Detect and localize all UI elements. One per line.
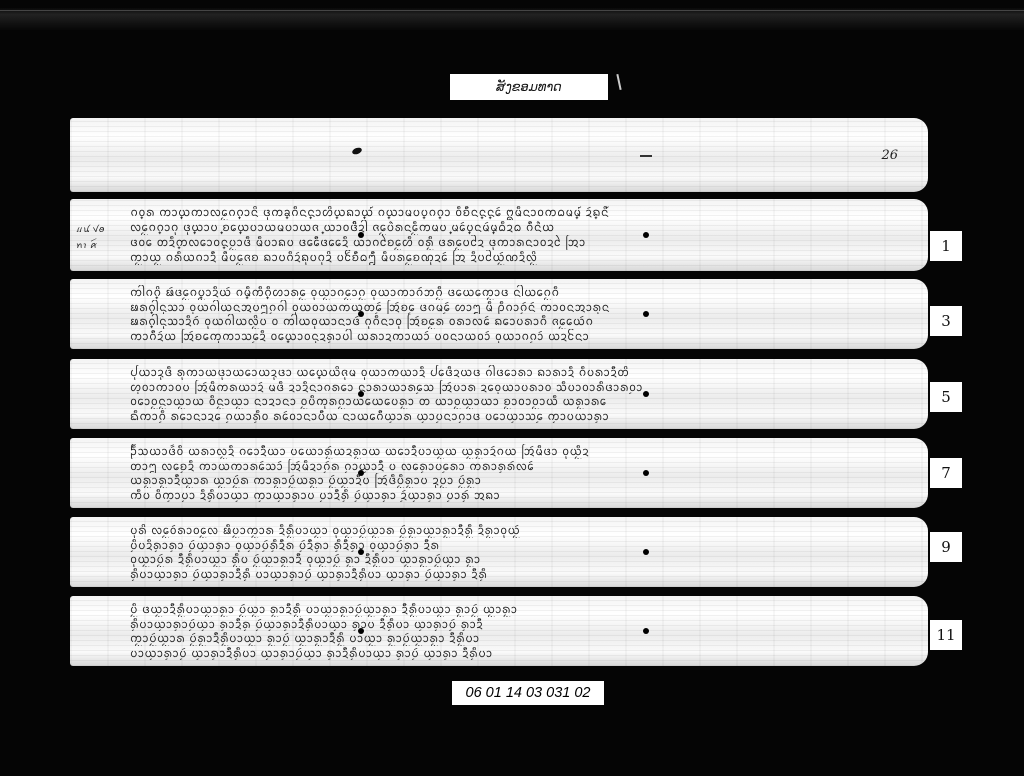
script-line: ᨳᩥᨠᩣᨣᩬᩥ ᩁᩮᩣᨶᩣᨯᩮ ᨣᩬᨿᩣᩁᩬᩥᩅ ᩁᩮᩢᩅᩣᨶᩣᨷᩥᩢᨿ ᨶᩣᨿ… xyxy=(130,409,918,424)
text-block: ᨷᩬᩥ ᨴᨿᩬᩣᨯᩥᩢᩁᩬᩥᨷᩣᨿᩬᩣᩁᩬᩣ ᨷᩬᩢᨿᩬᩣ ᩁᩬᩣᨯᩥᩢᩁᩬᩥ … xyxy=(130,602,918,660)
script-line: ᩅᩩᨿᩬᩣᨷᩬᩢᩁ ᨯᩥᩢᩁᩬᩥᨷᩣᨿᩬᩣ ᩁᩬᩥᨷ ᨷᩬᩢᨿᩬᩣᩁᩬᩣᨯᩥᩢ … xyxy=(130,552,918,567)
page-number-tag: 3 xyxy=(930,306,962,336)
script-line: ᩃᩮᩬᨣ᩠ᨣᩣᨣᩩ ᨴᩩ᩠ᨿᩣᨷ᩠ ᨧᩮ᩠ᨿᨷᩣᨿᨾᨷᩣᨿᨩ᩠ ᨿᩣᩅᨴᩦᩥᨯᩤ… xyxy=(130,220,918,235)
ink-speck xyxy=(351,146,362,155)
script-line: ᨲᩣᩂ ᩃᩮᨧᩬᨯᩥ ᨠᩣᨿᨠᩣᩁᩮᩢᩈᩣᩢ ᩒᩢᨾᩥᨯᩣᨣᩬᩢᩁ ᨣᩬᩣᨿᩬᩣ… xyxy=(130,459,918,474)
text-block: ᩐᩥᩈᨿᩣᨴᩢᩢᩅᩥ ᨿᩁᩣᩃᩬᨯᩥ ᨣᩮᩣᨯᩥᩢᨿᩣ ᨷᩮᨿᩣᩁᩬᩢᨿᨯᩁᩬᩣ… xyxy=(130,444,918,502)
script-line: ᨠᩤᨣ᩠ᨣᩦ ᨹᩢᨴᩮᩬᨣ᩠ᨷᩬᩣᨯᩥᨿᩢ ᨣ᩠ᨾᩥᨠᩥ᩠ᨣᩥᩉᩣᩁᩮᩬ ᩅᩩᨿ… xyxy=(130,285,918,300)
palm-leaf: ᨷᩩᩁᩦ ᩃᩮᩬᩅᩢᩁᩣᩅᩮᩬᩃ ᨹᩥᨷᩬᩣᨠᩬᩣᩁ ᨯᩥᩁᩬᩥᨷᩣᨿᩬᩣ ᩅᩩ… xyxy=(70,517,928,587)
palm-leaf: ᩐᩥᩈᨿᩣᨴᩢᩢᩅᩥ ᨿᩁᩣᩃᩬᨯᩥ ᨣᩮᩣᨯᩥᩢᨿᩣ ᨷᩮᨿᩣᩁᩬᩢᨿᨯᩁᩬᩣ… xyxy=(70,438,928,508)
text-block: ᨠᩤᨣ᩠ᨣᩦ ᨹᩢᨴᩮᩬᨣ᩠ᨷᩬᩣᨯᩥᨿᩢ ᨣ᩠ᨾᩥᨠᩥ᩠ᨣᩥᩉᩣᩁᩮᩬ ᩅᩩᨿ… xyxy=(130,285,918,343)
page-number-tag: 1 xyxy=(930,231,962,261)
palm-leaf: ꪵꪙ ꪚꪮꪀꪱ ꪁꪷ᩶ᨣ᩠ᩅᩁ ᨠᩣ᩠ᨿᨠᩣᩃᩮᩬᨣ᩠ᨣᩣᨶᩦ ᨴᩩᨠ᩠ᨡᨣᩥᨶ… xyxy=(70,199,928,271)
script-line: ᨹᩁ᩠ᨣᩤᨶᩩᩈᩣ ᩅᩩᨿᨣᩤᨿᨶᩋᨷᩂᨣᩬᨣᩤ ᩅᩩᨿᩅᩣᨿᨠᨿᨲᩮᩬᩢ ᩒᩢ… xyxy=(130,300,918,315)
page-number-tag: 9 xyxy=(930,532,962,562)
script-line: ᨷᩣᨿᩬᩣᩁᩬᩣᨷᩬᩢ ᨿᩬᩣᩁᩬᩣᨯᩥᩢᩁᩬᩥᨷᩣ ᨿᩬᩣᩁᩬᩣᨷᩬᩢᨿᩬᩣ … xyxy=(130,646,918,661)
margin-note: ꪀꪱ ꪁꪷ xyxy=(76,237,97,256)
script-line: ᨠᩬᩣᨿᩬ ᨣᩁᩥᨿᨣᩣᨯᩥᩢ ᨾᩦᩢᨷᩮᩬᨩᨧ ᨦᩣᨷᨣᩥᨯᩢᨦᩩᨷᨣᩩᨯᩦ … xyxy=(130,250,918,265)
page-number-tag: 5 xyxy=(930,382,962,412)
palm-leaf: ᨠᩤᨣ᩠ᨣᩦ ᨹᩢᨴᩮᩬᨣ᩠ᨷᩬᩣᨯᩥᨿᩢ ᨣ᩠ᨾᩥᨠᩥ᩠ᨣᩥᩉᩣᩁᩮᩬ ᩅᩩᨿ… xyxy=(70,279,928,349)
script-line: ᨷᩩᩁᩦ ᩃᩮᩬᩅᩢᩁᩣᩅᩮᩬᩃ ᨹᩥᨷᩬᩣᨠᩬᩣᩁ ᨯᩥᩁᩬᩥᨷᩣᨿᩬᩣ ᩅᩩ… xyxy=(130,523,918,538)
catalog-number-label: 06 01 14 03 031 02 xyxy=(452,681,604,705)
script-line: ᩅᩮᩣᩅᩬᨶᩬᩣᨿᩬᩣᨿ ᩅᩥᨶᩬᩣᨿᩬᩣ ᨶᩣᨯᩣᨶᩣ ᩅᩬᨷᩥᨠᩩᩁᨣᩬᩣᨿ… xyxy=(130,394,918,409)
script-line: ᩉᩩᩅᩣᨠᩣᩅᨷ ᩒᩢᨾᩥᨠᩁᨿᩣᨯᩢ ᨾᨴᩥ ᨯᩣᨯᩥᨶᩣᨣᩁᩮᩣ ᨶᩣᩁᩣᨿ… xyxy=(130,380,918,395)
manuscript-title-label: ສັງຂອມທາດ xyxy=(450,74,608,100)
script-line: ᩁᩬᩥᨷᩣᨿᩬᩣᩁᩬᩣ ᨷᩬᩢᨿᩬᩣᩁᩬᩣᨯᩥᩢᩁᩬᩥ ᨷᩣᨿᩬᩣᩁᩬᩣᨷᩬᩢ … xyxy=(130,567,918,582)
page-number-tag: 11 xyxy=(930,620,962,650)
palm-leaf: ᨸᩩᨿᩣᨯᩩᨴᩥ ᩁᩩᨠᩣᨿᨴᩩᩣᨿᩮᩣᨿᨯᩩᨴᩣ ᨿᩮ᩠ᨿᨿᩦᨩᩩᨾ ᩅᩩᨿᩣ… xyxy=(70,359,928,429)
script-line: ᩁᩬᩥᨷᩣᨿᩬᩣᩁᩬᩣᨷᩬᩢᨿᩬᩣ ᩁᩬᩣᨯᩥᩢᩁᩬ ᨷᩬᩢᨿᩬᩣᩁᩬᩣᨯᩥᩢᩁ… xyxy=(130,617,918,632)
scanner-edge-strip xyxy=(0,8,1024,30)
text-block: ᨷᩩᩁᩦ ᩃᩮᩬᩅᩢᩁᩣᩅᩮᩬᩃ ᨹᩥᨷᩬᩣᨠᩬᩣᩁ ᨯᩥᩁᩬᩥᨷᩣᨿᩬᩣ ᩅᩩ… xyxy=(130,523,918,581)
script-line: ᨠᩬᩣᨷᩬᩢᨿᩬᩣᩁ ᨷᩬᩢᩁᩬᩣᨯᩥᩢᩁᩬᩥᨷᩣᨿᩬᩣ ᩁᩬᩣᨷᩬᩢ ᨿᩬᩣᩁ… xyxy=(130,631,918,646)
script-line: ᨠᩥᨷ ᩅᩥᨠᩬᩣᨷᩬᩣ ᨯᩥᩁᩬᩥᨷᩣᨿᩬᩣ ᨠᩬᩣᨿᩬᩣᩁᩬᩣᨷ ᨷᩬᩣᨯᩥ… xyxy=(130,488,918,503)
script-line: ᨠᩣᨣᩥᩢᨯᩢᨿ ᩒᩢᨧᩮᨠᩩᨠᩣᩈᩮᩬᨯᩥ ᩅᩮ᩠ᨿᩣᩅᨶᩩᨯᩁᩬᩣᨷᩤ ᨿᩁ… xyxy=(130,329,918,344)
text-block: ᩶ᨣ᩠ᩅᩁ ᨠᩣ᩠ᨿᨠᩣᩃᩮᩬᨣ᩠ᨣᩣᨶᩦ ᨴᩩᨠ᩠ᨡᨣᩥᨶ᩠ᨶᩣᩉᩦ᩠ᨿᨦᩣ᩠… xyxy=(130,205,918,265)
blank-cover-leaf: 26 xyxy=(70,118,928,192)
script-line: ᨸᩩᨿᩣᨯᩩᨴᩥ ᩁᩩᨠᩣᨿᨴᩩᩣᨿᩮᩣᨿᨯᩩᨴᩣ ᨿᩮ᩠ᨿᨿᩦᨩᩩᨾ ᩅᩩᨿᩣ… xyxy=(130,365,918,380)
script-line: ᨹᩁ᩠ᨣᩤᨶᩩᩈᩣᨯᩥᨣᩢ ᩅᩩᨿᨣᩤᨿᩃᩬᩦᨷ ᩅ ᨠᩤᨿᩅᩩᨿᩣᨶᩣᨴᩢ ᨣ… xyxy=(130,314,918,329)
script-line: ᨷᩬᩥᨷᨯᩥᩁᩬᩣᩁᩬᩣ ᨷᩬᩢᨿᩬᩣᩁᩬᩣ ᩅᩩᨿᩬᩣᨷᩬᩢᩁᩬᩥᨯᩥᩢᩁ ᨷ… xyxy=(130,538,918,553)
script-line: ᨷᩬᩥ ᨴᨿᩬᩣᨯᩥᩢᩁᩬᩥᨷᩣᨿᩬᩣᩁᩬᩣ ᨷᩬᩢᨿᩬᩣ ᩁᩬᩣᨯᩥᩢᩁᩬᩥ … xyxy=(130,602,918,617)
pen-mark xyxy=(616,74,621,90)
page-number-tag: 7 xyxy=(930,458,962,488)
script-line: ᩐᩥᩈᨿᩣᨴᩢᩢᩅᩥ ᨿᩁᩣᩃᩬᨯᩥ ᨣᩮᩣᨯᩥᩢᨿᩣ ᨷᩮᨿᩣᩁᩬᩢᨿᨯᩁᩬᩣ… xyxy=(130,444,918,459)
folio-mark: 26 xyxy=(881,148,898,163)
script-line: ᩶ᨣ᩠ᩅᩁ ᨠᩣ᩠ᨿᨠᩣᩃᩮᩬᨣ᩠ᨣᩣᨶᩦ ᨴᩩᨠ᩠ᨡᨣᩥᨶ᩠ᨶᩣᩉᩦ᩠ᨿᨦᩣ᩠… xyxy=(130,205,918,220)
script-line: ᨿᩁᩬᩣᩁᩬᩣᨯᩥᩢᨿᩬᩣᩁ ᨿᩬᩣᨷᩬᩢᩁ ᨠᩣᩁᩬᩣᨷᩬᩢᨿᩁᩬᩣ ᨷᩬᩢᨿ… xyxy=(130,473,918,488)
ink-speck xyxy=(640,155,652,157)
text-block: ᨸᩩᨿᩣᨯᩩᨴᩥ ᩁᩩᨠᩣᨿᨴᩩᩣᨿᩮᩣᨿᨯᩩᨴᩣ ᨿᩮ᩠ᨿᨿᩦᨩᩩᨾ ᩅᩩᨿᩣ… xyxy=(130,365,918,423)
palm-leaf: ᨷᩬᩥ ᨴᨿᩬᩣᨯᩥᩢᩁᩬᩥᨷᩣᨿᩬᩣᩁᩬᩣ ᨷᩬᩢᨿᩬᩣ ᩁᩬᩣᨯᩥᩢᩁᩬᩥ … xyxy=(70,596,928,666)
script-line: ᨴᩅᩮ ᨲᨯᩥ᩠ᨠᩃᩮᩣᩅ᩠ᨶᨷᩬᩣᨴᩧ ᨾᩥᨷᩣᨦᨷ ᨴᩯᩥᩢᨴᩯᨯᩥ ᨿᩣᨣ… xyxy=(130,235,918,250)
